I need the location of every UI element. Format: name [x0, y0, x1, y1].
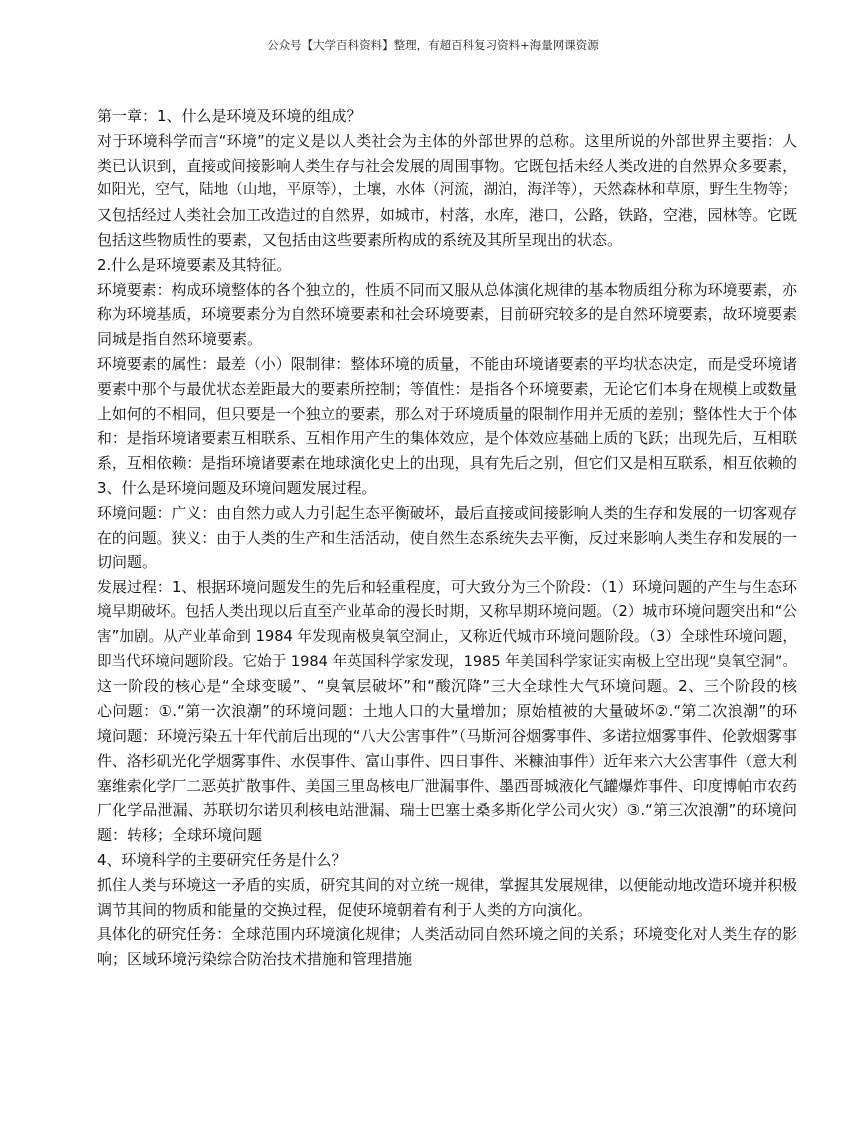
document-line: 4、环境科学的主要研究任务是什么？ [97, 848, 797, 873]
document-line: 害”加剧。从产业革命到 1984 年发现南极臭氧空洞止，又称近代城市环境问题阶段… [97, 625, 797, 650]
document-line: 在的问题。狭义：由于人类的生产和生活活动，使自然生态系统失去平衡，反过来影响人类… [97, 526, 797, 551]
document-line: 环境要素的属性：最差（小）限制律：整体环境的质量，不能由环境诸要素的平均状态决定… [97, 352, 797, 377]
document-line: 发展过程：1、根据环境问题发生的先后和轻重程度，可大致分为三个阶段：（1）环境问… [97, 575, 797, 600]
document-body: 第一章：1、什么是环境及环境的组成？对于环境科学而言“环境”的定义是以人类社会为… [97, 104, 797, 972]
document-line: 第一章：1、什么是环境及环境的组成？ [97, 104, 797, 129]
document-line: 切问题。 [97, 550, 797, 575]
document-line: 心问题：①.“第一次浪潮”的环境问题：土地人口的大量增加；原始植被的大量破坏②.… [97, 699, 797, 724]
document-line: 调节其间的物质和能量的交换过程，促使环境朝着有利于人类的方向演化。 [97, 898, 797, 923]
document-line: 系，互相依赖：是指环境诸要素在地球演化史上的出现，具有先后之别，但它们又是相互联… [97, 451, 797, 476]
document-line: 如阳光，空气，陆地（山地，平原等），土壤，水体（河流，湖泊，海洋等），天然森林和… [97, 178, 797, 203]
document-line: 同城是指自然环境要素。 [97, 327, 797, 352]
document-line: 环境问题：广义：由自然力或人力引起生态平衡破坏，最后直接或间接影响人类的生存和发… [97, 501, 797, 526]
document-line: 对于环境科学而言“环境”的定义是以人类社会为主体的外部世界的总称。这里所说的外部… [97, 129, 797, 154]
page-header-banner: 公众号【大学百科资料】整理，有超百科复习资料+海量网课资源 [0, 37, 866, 53]
document-line: 具体化的研究任务：全球范围内环境演化规律；人类活动同自然环境之间的关系；环境变化… [97, 922, 797, 947]
document-line: 2.什么是环境要素及其特征。 [97, 253, 797, 278]
document-line: 抓住人类与环境这一矛盾的实质，研究其间的对立统一规律，掌握其发展规律，以便能动地… [97, 873, 797, 898]
document-line: 环境要素：构成环境整体的各个独立的，性质不同而又服从总体演化规律的基本物质组分称… [97, 278, 797, 303]
document-line: 境早期破坏。包括人类出现以后直至产业革命的漫长时期，又称早期环境问题。（2）城市… [97, 600, 797, 625]
document-line: 响；区域环境污染综合防治技术措施和管理措施 [97, 947, 797, 972]
document-line: 要素中那个与最优状态差距最大的要素所控制；等值性：是指各个环境要素，无论它们本身… [97, 377, 797, 402]
document-line: 题：转移；全球环境问题 [97, 823, 797, 848]
document-line: 厂化学品泄漏、苏联切尔诺贝利核电站泄漏、瑞士巴塞士桑多斯化学公司火灾）③.“第三… [97, 798, 797, 823]
document-line: 3、什么是环境问题及环境问题发展过程。 [97, 476, 797, 501]
document-line: 称为环境基质，环境要素分为自然环境要素和社会环境要素，目前研究较多的是自然环境要… [97, 302, 797, 327]
document-line: 件、洛杉矶光化学烟雾事件、水俣事件、富山事件、四日事件、米糠油事件）近年来六大公… [97, 749, 797, 774]
document-line: 境问题：环境污染五十年代前后出现的“八大公害事件”（马斯河谷烟雾事件、多诺拉烟雾… [97, 724, 797, 749]
document-line: 塞维索化学厂二恶英扩散事件、美国三里岛核电厂泄漏事件、墨西哥城液化气罐爆炸事件、… [97, 774, 797, 799]
document-line: 即当代环境问题阶段。它始于 1984 年英国科学家发现，1985 年美国科学家证… [97, 650, 797, 675]
document-line: 这一阶段的核心是“全球变暖”、“臭氧层破坏”和“酸沉降”三大全球性大气环境问题。… [97, 674, 797, 699]
document-line: 上如何的不相同，但只要是一个独立的要素，那么对于环境质量的限制作用并无质的差别；… [97, 402, 797, 427]
document-line: 包括这些物质性的要素，又包括由这些要素所构成的系统及其所呈现出的状态。 [97, 228, 797, 253]
document-line: 又包括经过人类社会加工改造过的自然界，如城市，村落，水库，港口，公路，铁路，空港… [97, 203, 797, 228]
document-line: 和：是指环境诸要素互相联系、互相作用产生的集体效应，是个体效应基础上质的飞跃；出… [97, 426, 797, 451]
document-line: 类已认识到，直接或间接影响人类生存与社会发展的周围事物。它既包括未经人类改进的自… [97, 154, 797, 179]
